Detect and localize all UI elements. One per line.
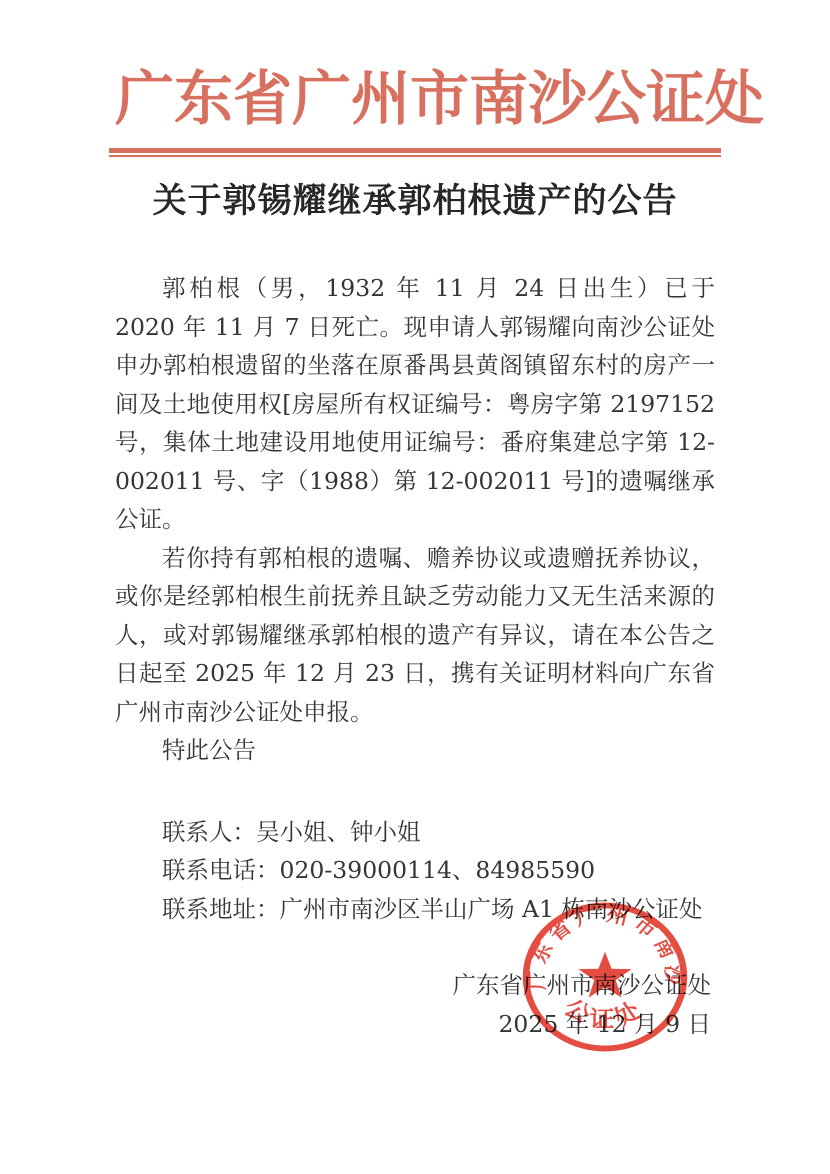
letterhead-rule-thin [109,155,721,157]
document-title: 关于郭锡耀继承郭柏根遗产的公告 [115,181,715,222]
signature-block: 广东省广州市南沙公证处 2025 年 12 月 9 日 [115,966,715,1044]
letterhead-rule-thick [109,148,721,153]
body-paragraph-2: 若你持有郭柏根的遗嘱、赡养协议或遗赠抚养协议，或你是经郭柏根生前抚养且缺乏劳动能… [115,539,715,732]
contact-phone-label: 联系电话： [162,856,280,884]
contact-address-line: 联系地址：广州市南沙区半山广场 A1 栋南沙公证处 [115,890,715,929]
contact-phone-value: 020-39000114、84985590 [280,856,596,884]
signature-date: 2025 年 12 月 9 日 [115,1005,711,1044]
contact-address-value: 广州市南沙区半山广场 A1 栋南沙公证处 [280,895,703,923]
notary-announcement-page: 广东省广州市南沙公证处 关于郭锡耀继承郭柏根遗产的公告 郭柏根（男，1932 年… [0,0,830,1174]
letterhead-rule [109,148,721,157]
contact-person-value: 吴小姐、钟小姐 [256,818,421,846]
contact-block: 联系人：吴小姐、钟小姐 联系电话：020-39000114、84985590 联… [115,813,715,929]
contact-address-label: 联系地址： [162,895,280,923]
body-paragraph-closing: 特此公告 [115,731,715,770]
body-paragraph-1: 郭柏根（男，1932 年 11 月 24 日出生）已于 2020 年 11 月 … [115,269,715,539]
contact-phone-line: 联系电话：020-39000114、84985590 [115,851,715,890]
contact-person-line: 联系人：吴小姐、钟小姐 [115,813,715,852]
letterhead-title: 广东省广州市南沙公证处 [115,56,715,142]
contact-person-label: 联系人： [162,818,256,846]
document-body: 郭柏根（男，1932 年 11 月 24 日出生）已于 2020 年 11 月 … [115,269,715,770]
signature-org: 广东省广州市南沙公证处 [115,966,711,1005]
